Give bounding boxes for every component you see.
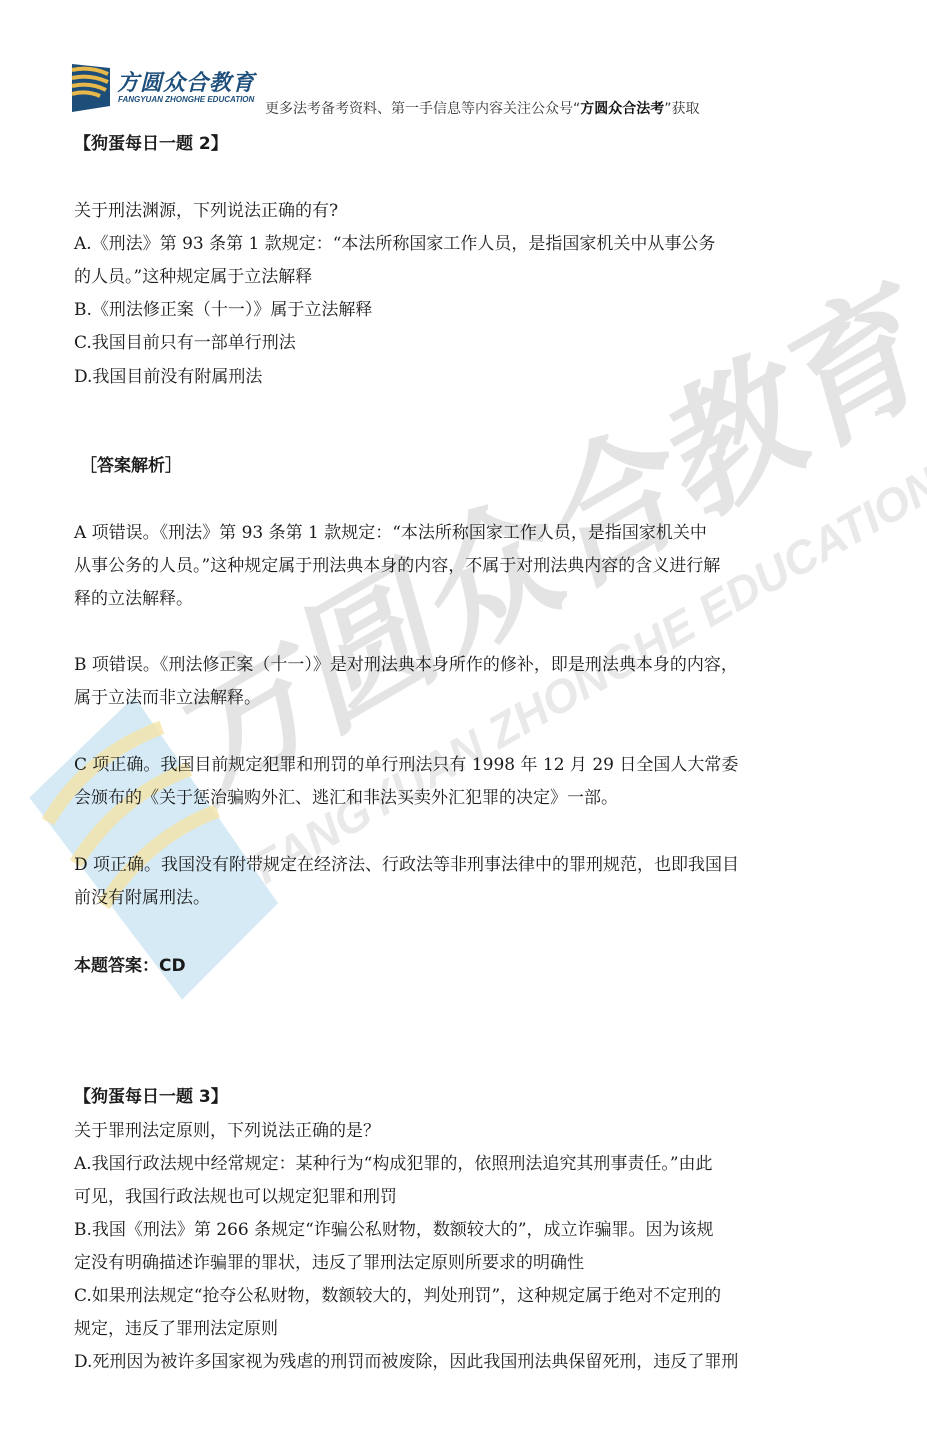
option-line: 规定，违反了罪刑法定原则 xyxy=(74,1318,278,1340)
analysis-line: C 项正确。我国目前规定犯罪和刑罚的单行刑法只有 1998 年 12 月 29 … xyxy=(74,754,738,776)
option-line: D.死刑因为被许多国家视为残虐的刑罚而被废除，因此我国刑法典保留死刑，违反了罪刑 xyxy=(74,1351,738,1373)
option-line: 定没有明确描述诈骗罪的罪状，违反了罪刑法定原则所要求的明确性 xyxy=(74,1252,584,1274)
question-title: 【狗蛋每日一题 2】 xyxy=(74,133,228,155)
brand-logo: 方圆众合教育 FANGYUAN ZHONGHE EDUCATION xyxy=(70,62,250,114)
analysis-line: 释的立法解释。 xyxy=(74,588,193,610)
document-page: 方圆众合教育 FANGYUAN ZHONGHE EDUCATION 方圆众合教育… xyxy=(0,0,927,1444)
option-line: A.我国行政法规中经常规定：某种行为“构成犯罪的，依照刑法追究其刑事责任。”由此 xyxy=(74,1153,713,1175)
option-line: A.《刑法》第 93 条第 1 款规定：“本法所称国家工作人员，是指国家机关中从… xyxy=(74,233,715,255)
question-stem: 关于刑法渊源，下列说法正确的有? xyxy=(74,200,338,222)
analysis-line: 会颁布的《关于惩治骗购外汇、逃汇和非法买卖外汇犯罪的决定》一部。 xyxy=(74,787,618,809)
analysis-line: D 项正确。我国没有附带规定在经济法、行政法等非刑事法律中的罪刑规范，也即我国目 xyxy=(74,854,739,876)
option-line: B.《刑法修正案（十一）》属于立法解释 xyxy=(74,299,372,321)
question-title: 【狗蛋每日一题 3】 xyxy=(74,1086,228,1108)
option-line: 的人员。”这种规定属于立法解释 xyxy=(74,266,312,288)
analysis-title: ［答案解析］ xyxy=(80,455,182,477)
header-note: 更多法考备考资料、第一手信息等内容关注公众号“方圆众合法考”获取 xyxy=(265,98,700,118)
answer-line: 本题答案：CD xyxy=(74,955,186,977)
logo-text-cn: 方圆众合教育 xyxy=(117,66,255,97)
analysis-line: 从事公务的人员。”这种规定属于刑法典本身的内容，不属于对刑法典内容的含义进行解 xyxy=(74,555,720,577)
analysis-line: A 项错误。《刑法》第 93 条第 1 款规定：“本法所称国家工作人员，是指国家… xyxy=(74,522,707,544)
option-line: C.我国目前只有一部单行刑法 xyxy=(74,332,296,354)
analysis-line: 前没有附属刑法。 xyxy=(74,887,210,909)
option-line: D.我国目前没有附属刑法 xyxy=(74,366,262,388)
option-line: C.如果刑法规定“抢夺公私财物，数额较大的，判处刑罚”，这种规定属于绝对不定刑的 xyxy=(74,1285,721,1307)
logo-text-en: FANGYUAN ZHONGHE EDUCATION xyxy=(118,95,254,104)
analysis-line: 属于立法而非立法解释。 xyxy=(74,687,261,709)
logo-mark-icon xyxy=(70,62,112,112)
question-stem: 关于罪刑法定原则，下列说法正确的是？ xyxy=(74,1120,380,1142)
option-line: 可见，我国行政法规也可以规定犯罪和刑罚 xyxy=(74,1186,397,1208)
option-line: B.我国《刑法》第 266 条规定“诈骗公私财物，数额较大的”，成立诈骗罪。因为… xyxy=(74,1219,714,1241)
analysis-line: B 项错误。《刑法修正案（十一）》是对刑法典本身所作的修补，即是刑法典本身的内容… xyxy=(74,654,738,676)
account-name: 方圆众合法考 xyxy=(580,101,664,117)
